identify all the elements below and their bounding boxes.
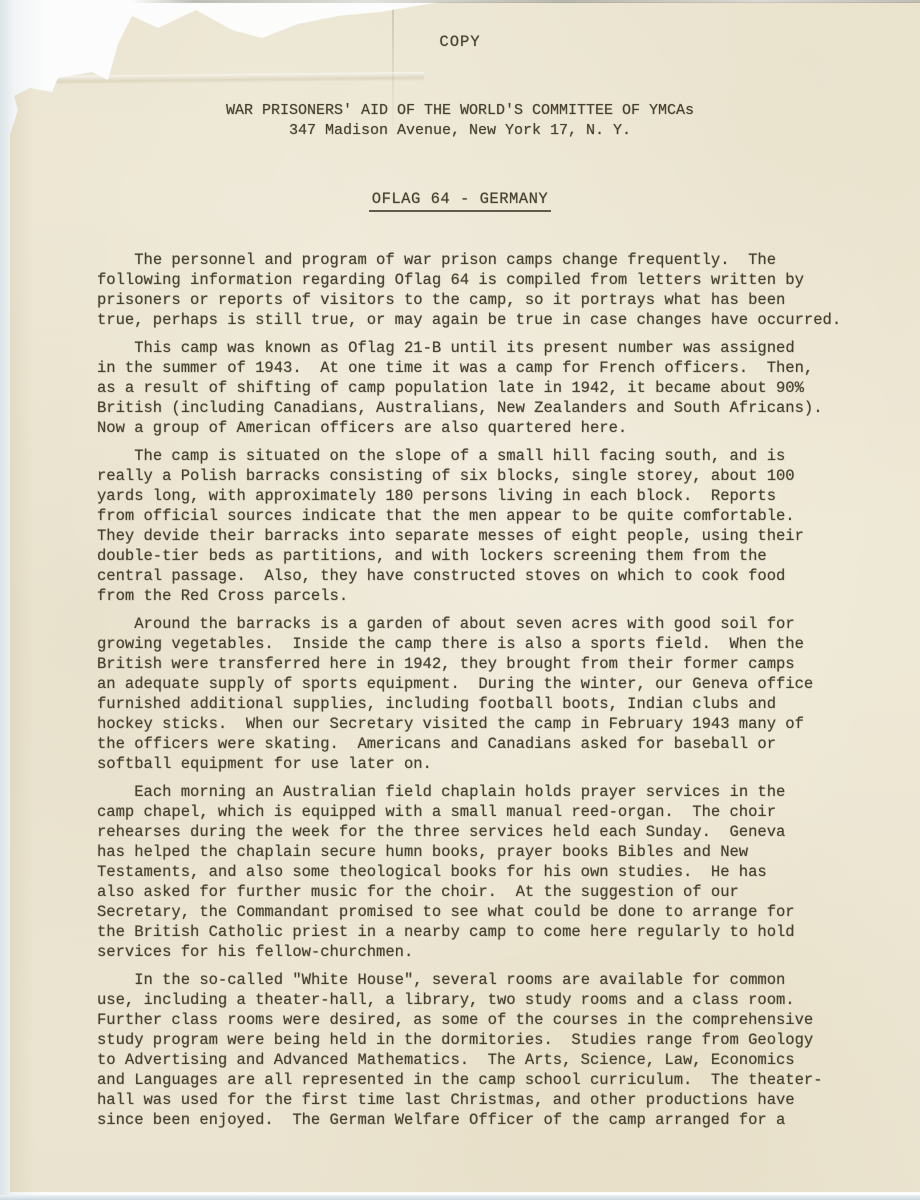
- document-title: OFLAG 64 - GERMANY: [369, 190, 551, 212]
- paragraph: This camp was known as Oflag 21-B until …: [97, 338, 857, 438]
- org-address: 347 Madison Avenue, New York 17, N. Y.: [0, 121, 920, 141]
- org-name: WAR PRISONERS' AID OF THE WORLD'S COMMIT…: [0, 101, 920, 121]
- paragraph: Around the barracks is a garden of about…: [97, 614, 857, 774]
- horizontal-fold-crease: [24, 72, 424, 85]
- paragraph: Each morning an Australian field chaplai…: [97, 782, 857, 962]
- scan-bottom-edge: [0, 1195, 920, 1200]
- document-body: The personnel and program of war prison …: [97, 250, 857, 1138]
- paragraph: The personnel and program of war prison …: [97, 250, 857, 330]
- paragraph: The camp is situated on the slope of a s…: [97, 446, 857, 606]
- title-row: OFLAG 64 - GERMANY: [0, 190, 920, 212]
- paper-top-edge-shadow: [132, 0, 920, 3]
- copy-stamp: COPY: [0, 33, 920, 51]
- scan-background: COPY WAR PRISONERS' AID OF THE WORLD'S C…: [0, 0, 920, 1200]
- org-header: WAR PRISONERS' AID OF THE WORLD'S COMMIT…: [0, 101, 920, 141]
- paragraph: In the so-called "White House", several …: [97, 970, 857, 1130]
- document-page: COPY WAR PRISONERS' AID OF THE WORLD'S C…: [0, 0, 920, 1192]
